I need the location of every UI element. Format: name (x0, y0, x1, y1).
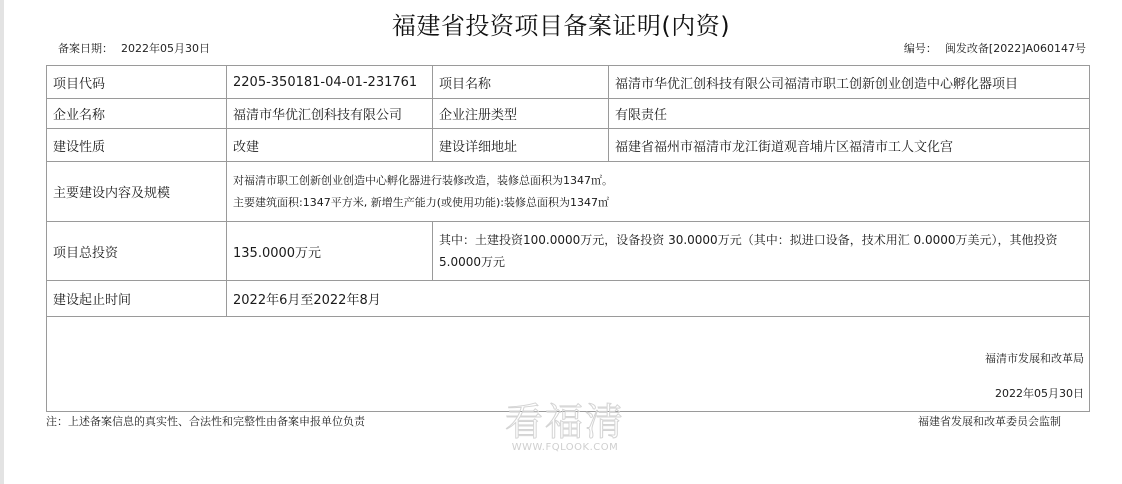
table-row: 建设性质 改建 建设详细地址 福建省福州市福清市龙江街道观音埔片区福清市工人文化… (47, 129, 1090, 162)
table-row: 主要建设内容及规模 对福清市职工创新创业创造中心孵化器进行装修改造，装修总面积为… (47, 162, 1090, 222)
left-edge-strip (0, 0, 4, 484)
construction-nature-label: 建设性质 (47, 129, 227, 162)
investment-breakdown: 其中：土建投资100.0000万元，设备投资 30.0000万元（其中：拟进口设… (433, 222, 1090, 281)
scope-line-2: 主要建筑面积:1347平方米, 新增生产能力(或使用功能):装修总面积为1347… (233, 192, 1083, 214)
construction-nature-value: 改建 (227, 129, 433, 162)
record-table: 项目代码 2205-350181-04-01-231761 项目名称 福清市华优… (46, 65, 1090, 412)
table-row: 项目代码 2205-350181-04-01-231761 项目名称 福清市华优… (47, 66, 1090, 99)
registration-type-label: 企业注册类型 (433, 99, 609, 129)
investment-breakdown-line-2: 5.0000万元 (439, 251, 1083, 273)
issue-date: 2022年05月30日 (995, 385, 1084, 401)
construction-period-value: 2022年6月至2022年8月 (227, 281, 1090, 317)
table-row: 企业名称 福清市华优汇创科技有限公司 企业注册类型 有限责任 (47, 99, 1090, 129)
address-label: 建设详细地址 (433, 129, 609, 162)
project-name-value: 福清市华优汇创科技有限公司福清市职工创新创业创造中心孵化器项目 (609, 66, 1090, 99)
construction-period-label: 建设起止时间 (47, 281, 227, 317)
document-number-label: 编号： (904, 42, 937, 55)
document-number: 编号：闽发改备[2022]A060147号 (904, 40, 1086, 56)
table-row: 建设起止时间 2022年6月至2022年8月 (47, 281, 1090, 317)
filing-date-value: 2022年05月30日 (121, 42, 210, 55)
document-number-value: 闽发改备[2022]A060147号 (945, 42, 1086, 55)
project-code-value: 2205-350181-04-01-231761 (227, 66, 433, 99)
supervisor-note: 福建省发展和改革委员会监制 (918, 413, 1061, 429)
project-code-label: 项目代码 (47, 66, 227, 99)
watermark: 看福清 WWW.FQLOOK.COM (490, 402, 640, 453)
signature-block: 福清市发展和改革局 2022年05月30日 (47, 317, 1090, 412)
filing-date: 备案日期：2022年05月30日 (58, 40, 210, 56)
scope-label: 主要建设内容及规模 (47, 162, 227, 222)
company-name-value: 福清市华优汇创科技有限公司 (227, 99, 433, 129)
issuing-organization: 福清市发展和改革局 (985, 350, 1084, 366)
watermark-text-cn: 看福清 (490, 402, 640, 442)
address-value: 福建省福州市福清市龙江街道观音埔片区福清市工人文化宫 (609, 129, 1090, 162)
investment-breakdown-line-1: 其中：土建投资100.0000万元，设备投资 30.0000万元（其中：拟进口设… (439, 229, 1083, 251)
scope-value: 对福清市职工创新创业创造中心孵化器进行装修改造，装修总面积为1347㎡。 主要建… (227, 162, 1090, 222)
table-row: 福清市发展和改革局 2022年05月30日 (47, 317, 1090, 412)
scope-line-1: 对福清市职工创新创业创造中心孵化器进行装修改造，装修总面积为1347㎡。 (233, 170, 1083, 192)
table-row: 项目总投资 135.0000万元 其中：土建投资100.0000万元，设备投资 … (47, 222, 1090, 281)
footnote: 注：上述备案信息的真实性、合法性和完整性由备案申报单位负责 (46, 413, 365, 429)
total-investment-value: 135.0000万元 (227, 222, 433, 281)
document-title: 福建省投资项目备案证明(内资) (0, 6, 1122, 41)
company-name-label: 企业名称 (47, 99, 227, 129)
filing-date-label: 备案日期： (58, 42, 113, 55)
registration-type-value: 有限责任 (609, 99, 1090, 129)
project-name-label: 项目名称 (433, 66, 609, 99)
total-investment-label: 项目总投资 (47, 222, 227, 281)
watermark-text-en: WWW.FQLOOK.COM (490, 442, 640, 453)
